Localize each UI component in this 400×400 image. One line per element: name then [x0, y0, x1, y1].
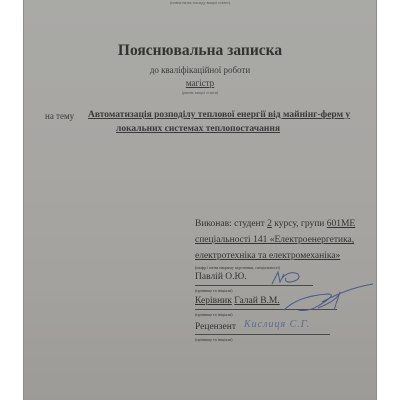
executor-line-1: Виконав: студент 2 курсу, групи 601МЕ — [195, 219, 355, 229]
theme-line-1: Автоматизація розподілу теплової енергії… — [88, 110, 350, 120]
supervisor-name: Галай В.М. — [234, 296, 280, 306]
reviewer-signature-line — [195, 334, 330, 335]
group-code: 601МЕ — [327, 219, 356, 229]
student-name: Павлій О.Ю. — [195, 272, 247, 282]
institution-caption: (повна назва закладу вищої освіти) — [23, 0, 377, 5]
document-subtitle: до кваліфікаційної роботи — [23, 65, 377, 75]
supervisor-label: Керівник — [195, 296, 232, 306]
education-level-caption: (рівень вищої освіти) — [23, 90, 377, 95]
document-title: Пояснювальна записка — [23, 42, 377, 60]
education-level-value: магістр — [186, 78, 214, 88]
executor-line-2: спеціальності 141 «Електроенергетика, — [195, 235, 354, 245]
reviewer-label: Рецензент — [195, 322, 236, 332]
theme-line-2: локальних системах теплопостачання — [116, 124, 280, 134]
supervisor-signature — [278, 280, 378, 320]
executor-line-3: електротехніка та електромеханіка» — [195, 251, 340, 261]
document-page: (повна назва закладу вищої освіти) Поясн… — [23, 0, 377, 400]
education-level: магістр — [23, 78, 377, 88]
theme-label: на тему — [45, 111, 74, 121]
student-caption: (прізвище та ініціали) — [195, 288, 233, 293]
reviewer-name-handwritten: Кислиця С.Г. — [244, 319, 310, 330]
reviewer-caption: (прізвище та ініціали) — [195, 337, 233, 342]
supervisor-row: Керівник Галай В.М. — [195, 296, 280, 306]
supervisor-caption: (прізвище та ініціали) — [195, 312, 233, 317]
